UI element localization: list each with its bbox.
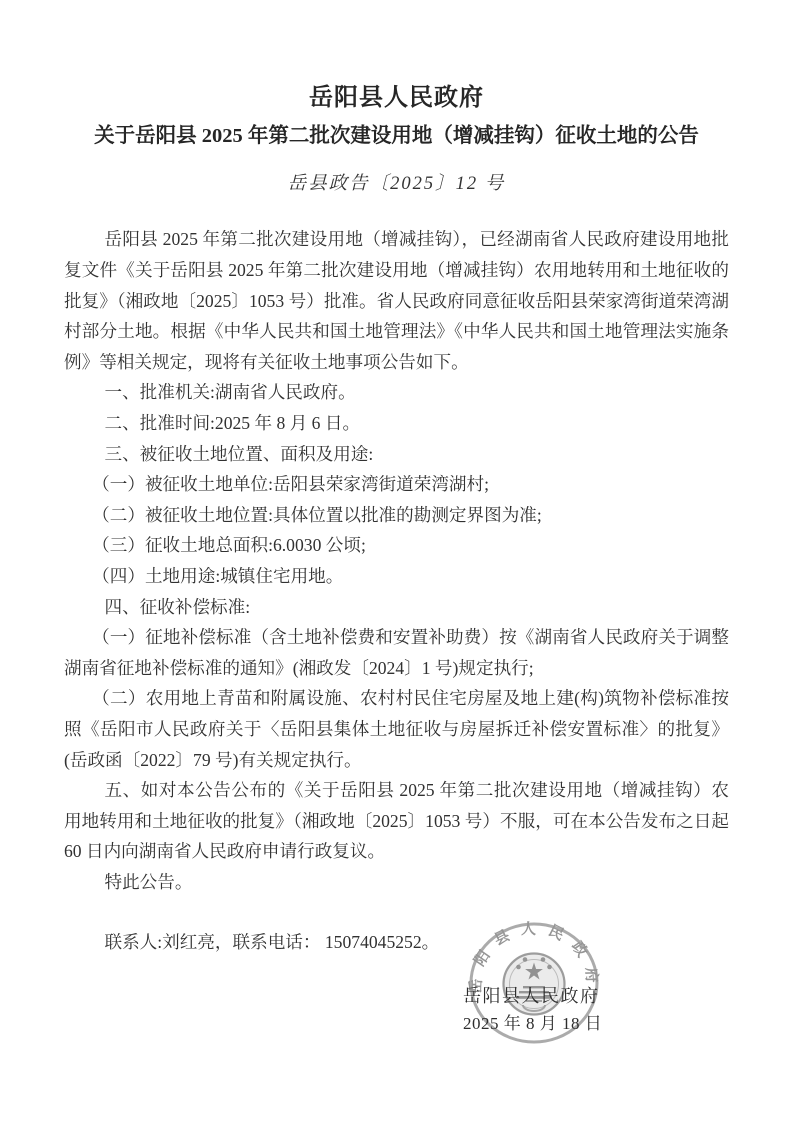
notice-page: 岳阳县人民政府 关于岳阳县 2025 年第二批次建设用地（增减挂钩）征收土地的公… — [0, 0, 793, 1122]
subitem-land-position: （二）被征收土地位置:具体位置以批准的勘测定界图为准; — [64, 500, 729, 531]
issuing-org-title: 岳阳县人民政府 — [64, 84, 729, 113]
subitem-land-area: （三）征收土地总面积:6.0030 公顷; — [64, 530, 729, 561]
notice-document: 岳阳县人民政府 关于岳阳县 2025 年第二批次建设用地（增减挂钩）征收土地的公… — [0, 84, 793, 958]
item-compensation-heading: 四、征收补偿标准: — [64, 592, 729, 623]
intro-paragraph: 岳阳县 2025 年第二批次建设用地（增减挂钩），已经湖南省人民政府建设用地批复… — [64, 224, 729, 377]
item-review-rights: 五、如对本公告公布的《关于岳阳县 2025 年第二批次建设用地（增减挂钩）农用地… — [64, 775, 729, 867]
notice-title: 关于岳阳县 2025 年第二批次建设用地（增减挂钩）征收土地的公告 — [64, 124, 729, 150]
item-approval-authority: 一、批准机关:湖南省人民政府。 — [64, 377, 729, 408]
signature-issuer: 岳阳县人民政府 — [463, 982, 600, 1008]
notice-body: 岳阳县 2025 年第二批次建设用地（增减挂钩），已经湖南省人民政府建设用地批复… — [64, 224, 729, 897]
subitem-land-unit: （一）被征收土地单位:岳阳县荣家湾街道荣湾湖村; — [64, 469, 729, 500]
closing-line: 特此公告。 — [64, 867, 729, 898]
subitem-compensation-standard: （一）征地补偿标准（含土地补偿费和安置补助费）按《湖南省人民政府关于调整湖南省征… — [64, 622, 729, 683]
contact-info: 联系人:刘红亮，联系电话： 15074045252。 — [64, 927, 729, 958]
item-land-location-heading: 三、被征收土地位置、面积及用途: — [64, 439, 729, 470]
subitem-structures-compensation: （二）农用地上青苗和附属设施、农村村民住宅房屋及地上建(构)筑物补偿标准按照《岳… — [64, 683, 729, 775]
document-number: 岳县政告〔2025〕12 号 — [64, 169, 729, 195]
item-approval-date: 二、批准时间:2025 年 8 月 6 日。 — [64, 408, 729, 439]
signature-date: 2025 年 8 月 18 日 — [463, 1009, 602, 1034]
subitem-land-use: （四）土地用途:城镇住宅用地。 — [64, 561, 729, 592]
